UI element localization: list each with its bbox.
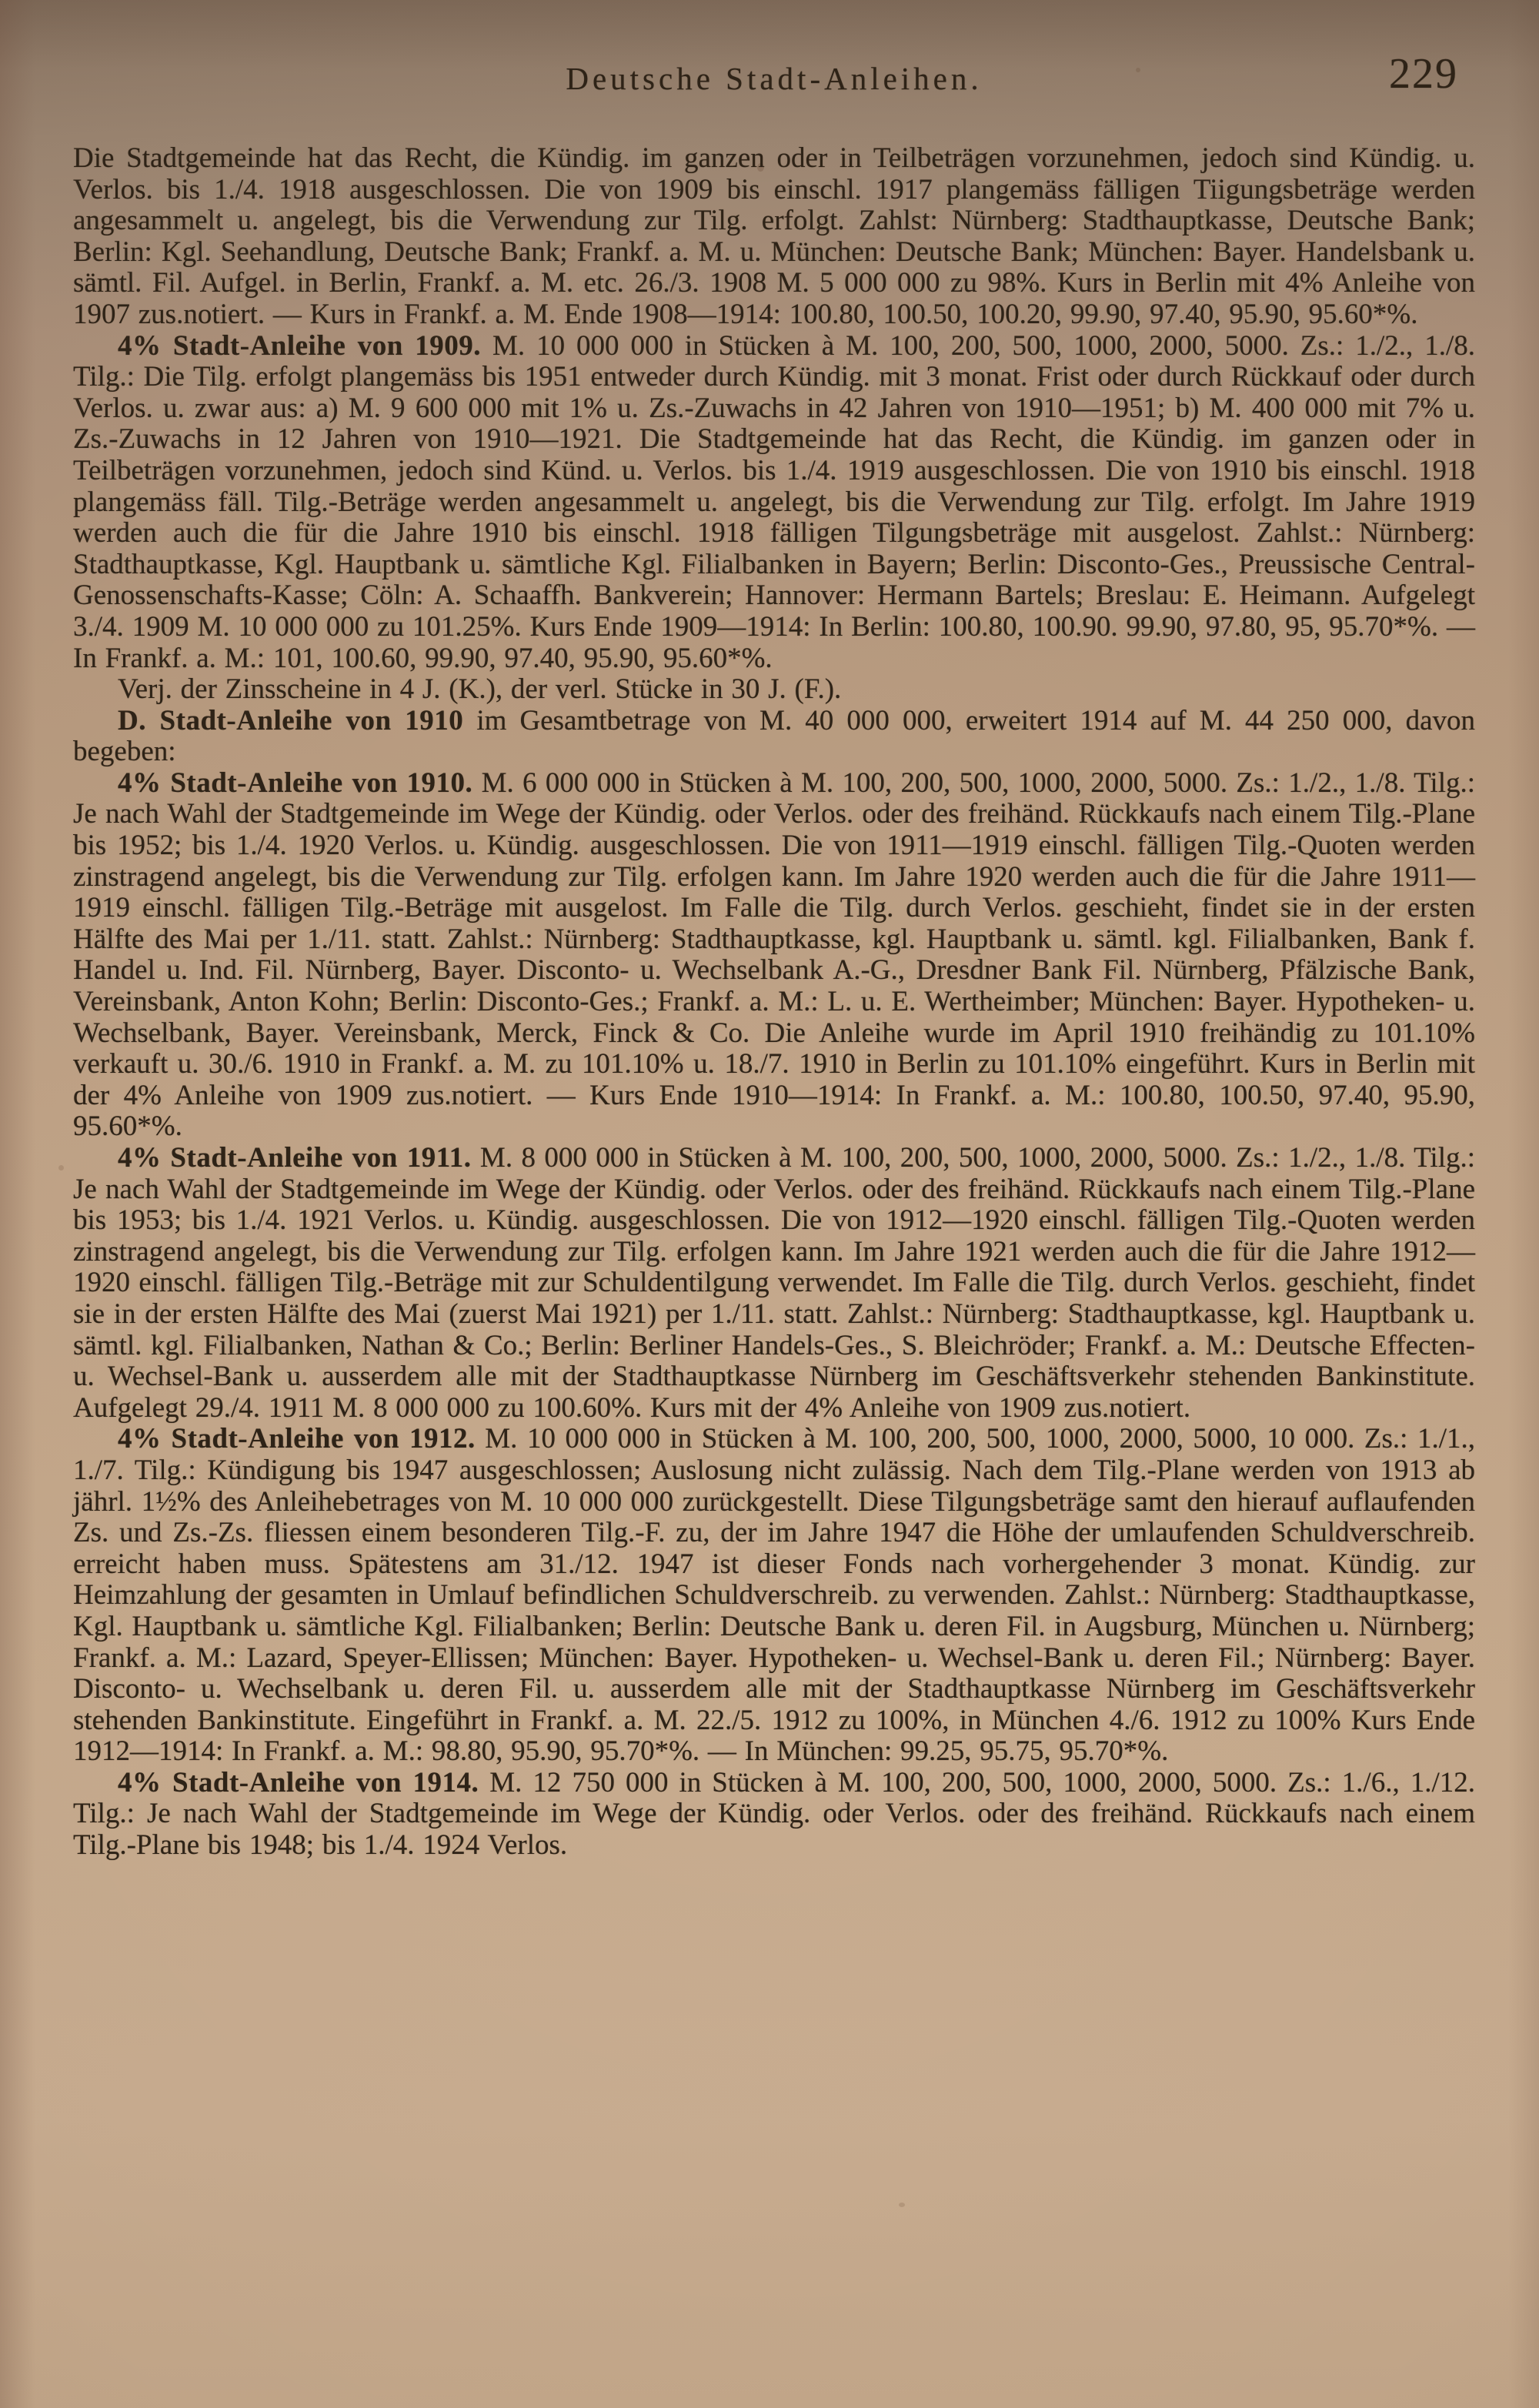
page-number: 229 [1389, 49, 1458, 99]
paragraph: 4% Stadt-Anleihe von 1912. M. 10 000 000… [73, 1424, 1475, 1768]
paragraph-lead: 4% Stadt-Anleihe von 1910. [118, 767, 472, 799]
paragraph: 4% Stadt-Anleihe von 1914. M. 12 750 000… [73, 1768, 1475, 1862]
paragraph-lead: 4% Stadt-Anleihe von 1914. [118, 1767, 479, 1798]
paragraph-lead: 4% Stadt-Anleihe von 1911. [118, 1142, 471, 1174]
paragraph-text: Verj. der Zinsscheine in 4 J. (K.), der … [118, 673, 841, 705]
paragraph: Die Stadtgemeinde hat das Recht, die Kün… [73, 143, 1475, 331]
paragraph-lead: D. Stadt-Anleihe von 1910 [118, 705, 463, 736]
paragraph: D. Stadt-Anleihe von 1910 im Gesamtbetra… [73, 706, 1475, 768]
paragraph-lead: 4% Stadt-Anleihe von 1912. [118, 1423, 476, 1454]
paper-shadow-right [1508, 0, 1539, 2408]
paragraph-text: M. 10 000 000 in Stücken à M. 100, 200, … [73, 1423, 1475, 1767]
book-page: Deutsche Stadt-Anleihen. 229 Die Stadtge… [0, 0, 1539, 2408]
page-header: Deutsche Stadt-Anleihen. 229 [73, 49, 1475, 111]
paper-shadow-left [0, 0, 35, 2408]
paragraph: 4% Stadt-Anleihe von 1911. M. 8 000 000 … [73, 1143, 1475, 1424]
paragraph-lead: 4% Stadt-Anleihe von 1909. [118, 330, 481, 362]
paragraph-text: M. 8 000 000 in Stücken à M. 100, 200, 5… [73, 1142, 1475, 1424]
paragraph: Verj. der Zinsscheine in 4 J. (K.), der … [73, 674, 1475, 706]
paragraph-text: M. 6 000 000 in Stücken à M. 100, 200, 5… [73, 767, 1475, 1143]
paragraph: 4% Stadt-Anleihe von 1910. M. 6 000 000 … [73, 768, 1475, 1143]
paper-blemish [58, 1165, 64, 1171]
paragraph-text: M. 10 000 000 in Stücken à M. 100, 200, … [73, 330, 1475, 674]
text-block: Die Stadtgemeinde hat das Recht, die Kün… [73, 143, 1475, 1862]
paragraph: 4% Stadt-Anleihe von 1909. M. 10 000 000… [73, 331, 1475, 675]
paper-blemish [899, 2203, 905, 2207]
paragraph-text: Die Stadtgemeinde hat das Recht, die Kün… [73, 142, 1475, 330]
running-title: Deutsche Stadt-Anleihen. [566, 60, 982, 97]
